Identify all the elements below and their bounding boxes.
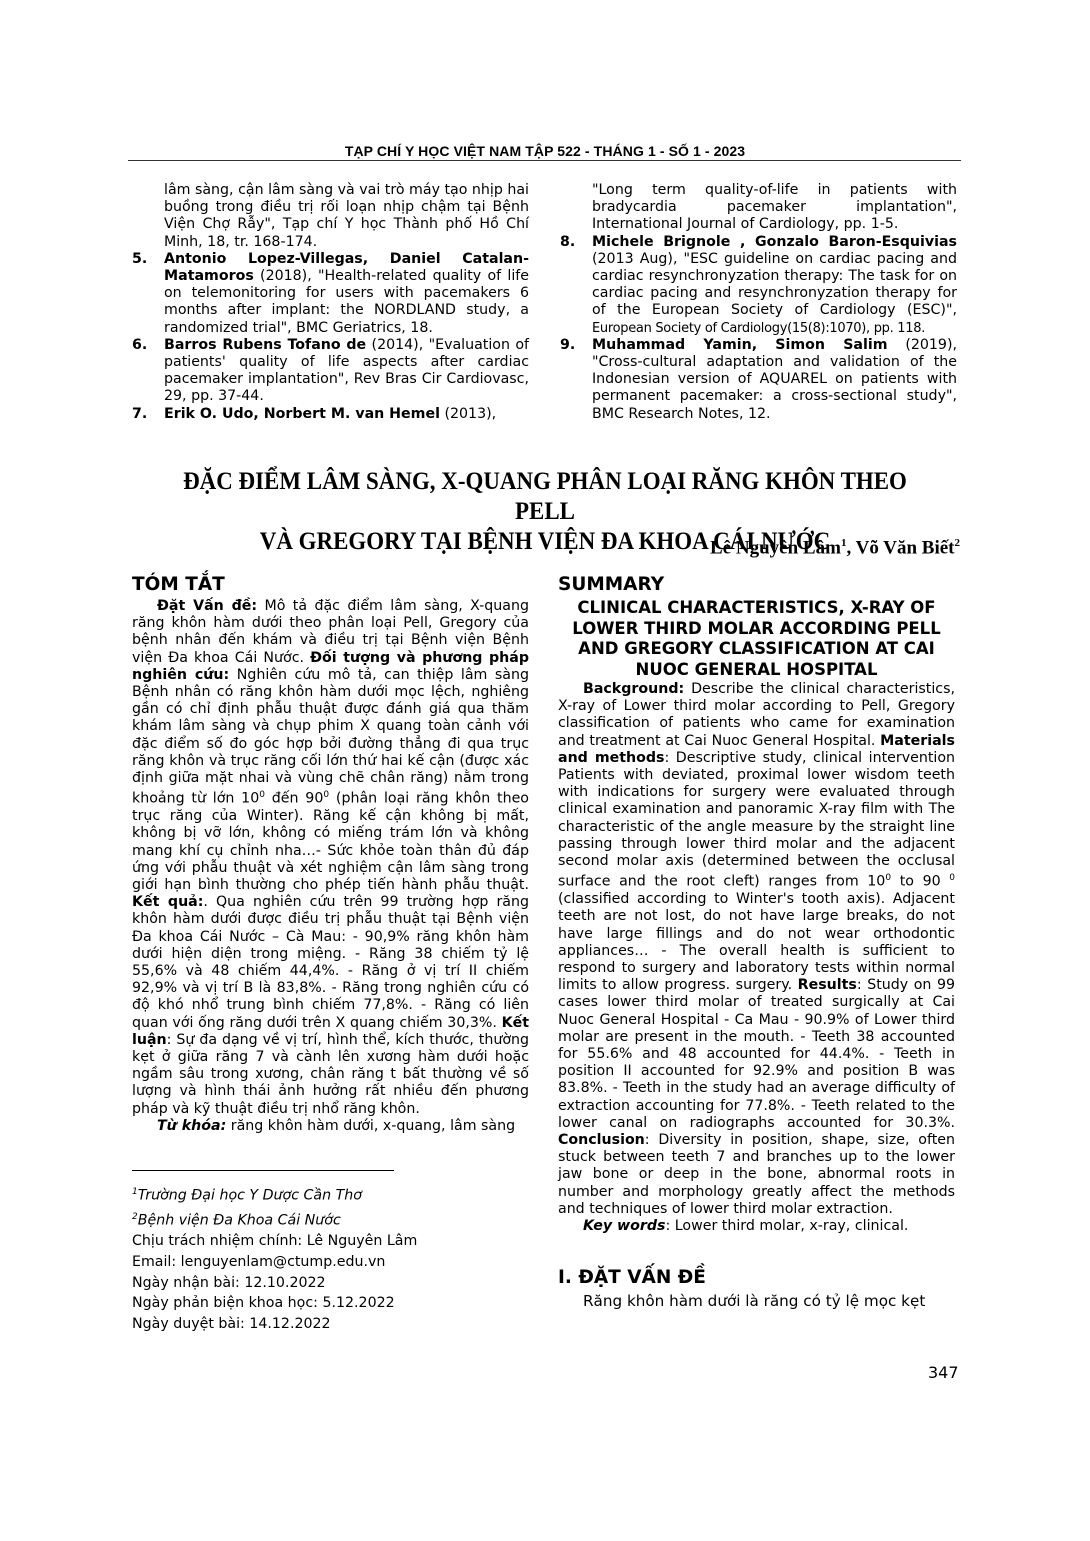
abstract-en: CLINICAL CHARACTERISTICS, X-RAY OF LOWER… (558, 598, 955, 1235)
label-background: Đặt Vấn đề: (157, 598, 257, 614)
references-left-column: lâm sàng, cận lâm sàng và vai trò máy tạ… (132, 182, 529, 423)
text-results: . Qua nghiên cứu trên 99 trường hợp răng… (132, 894, 529, 1030)
reference-text: lâm sàng, cận lâm sàng và vai trò máy tạ… (164, 182, 529, 250)
reference-authors: Michele Brignole , Gonzalo Baron-Esquivi… (592, 234, 957, 250)
reference-item: 6. Barros Rubens Tofano de (2014), "Eval… (132, 337, 529, 406)
keywords-label: Từ khóa: (157, 1118, 226, 1134)
date-accepted: Ngày duyệt bài: 14.12.2022 (132, 1314, 417, 1335)
abstract-en-body: Background: Describe the clinical charac… (558, 681, 955, 1218)
introduction-text: Răng khôn hàm dưới là răng có tỷ lệ mọc … (558, 1292, 957, 1310)
keywords-text: : Lower third molar, x-ray, clinical. (665, 1218, 908, 1234)
reference-authors: Muhammad Yamin, Simon Salim (592, 337, 888, 353)
reference-item: 7. Erik O. Udo, Norbert M. van Hemel (20… (132, 406, 529, 423)
references-right-column: "Long term quality-of-life in patients w… (560, 182, 957, 423)
affiliation-1: 1Trường Đại học Y Dược Cần Thơ (132, 1182, 417, 1207)
date-reviewed: Ngày phản biện khoa học: 5.12.2022 (132, 1293, 417, 1314)
affiliation-text: Bệnh viện Đa Khoa Cái Nước (138, 1212, 341, 1228)
reference-text: (2013), (440, 406, 496, 422)
author-affiliation-mark: 2 (955, 537, 961, 549)
footnote-divider (132, 1170, 394, 1171)
author-name: Lê Nguyên Lâm (710, 537, 841, 558)
journal-header: TẠP CHÍ Y HỌC VIỆT NAM TẬP 522 - THÁNG 1… (130, 143, 960, 159)
text-methods: : Descriptive study, clinical interventi… (558, 750, 955, 890)
reference-authors: Erik O. Udo, Norbert M. van Hemel (164, 406, 440, 422)
label-conclusion: Conclusion (558, 1132, 645, 1148)
keywords-vi: Từ khóa: răng khôn hàm dưới, x-quang, lâ… (132, 1118, 529, 1135)
email: Email: lenguyenlam@ctump.edu.vn (132, 1252, 417, 1273)
article-title-line-1: ĐẶC ĐIỂM LÂM SÀNG, X-QUANG PHÂN LOẠI RĂN… (172, 466, 919, 526)
reference-number: 8. (560, 234, 575, 251)
author-name: Võ Văn Biết (856, 537, 955, 558)
text-results: : Study on 99 cases lower third molar of… (558, 977, 955, 1131)
introduction-heading: I. ĐẶT VẤN ĐỀ (558, 1267, 706, 1288)
reference-number: 6. (132, 337, 147, 354)
text-methods: đến 90 (265, 791, 323, 807)
reference-authors: Barros Rubens Tofano de (164, 337, 366, 353)
text-methods: Nghiên cứu mô tả, can thiệp lâm sàng Bện… (132, 667, 529, 807)
text-methods: to 90 (891, 874, 949, 890)
label-results: Kết quả: (132, 894, 203, 910)
summary-heading: SUMMARY (558, 574, 664, 595)
header-divider (128, 160, 961, 161)
label-results: Results (798, 977, 857, 993)
abstract-vi-heading: TÓM TẮT (132, 574, 225, 595)
abstract-vi-body: Đặt Vấn đề: Mô tả đặc điểm lâm sàng, X-q… (132, 598, 529, 1118)
reference-item: 5. Antonio Lopez-Villegas, Daniel Catala… (132, 251, 529, 337)
reference-number: 7. (132, 406, 147, 423)
reference-text: (2013 Aug), "ESC guideline on cardiac pa… (592, 251, 957, 319)
reference-item: lâm sàng, cận lâm sàng và vai trò máy tạ… (132, 182, 529, 251)
footnotes: 1Trường Đại học Y Dược Cần Thơ 2Bệnh việ… (132, 1182, 417, 1335)
author-separator: , (846, 537, 855, 558)
reference-item: "Long term quality-of-life in patients w… (560, 182, 957, 234)
reference-number: 5. (132, 251, 147, 268)
degree-mark: 0 (949, 873, 955, 883)
page-number: 347 (928, 1363, 959, 1382)
corresponding-author: Chịu trách nhiệm chính: Lê Nguyên Lâm (132, 1231, 417, 1252)
author-list: Lê Nguyên Lâm1, Võ Văn Biết2 (710, 537, 960, 559)
keywords-text: răng khôn hàm dưới, x-quang, lâm sàng (226, 1118, 515, 1134)
reference-item: 8. Michele Brignole , Gonzalo Baron-Esqu… (560, 234, 957, 337)
affiliation-2: 2Bệnh viện Đa Khoa Cái Nước (132, 1207, 417, 1232)
date-received: Ngày nhận bài: 12.10.2022 (132, 1273, 417, 1294)
reference-text-condensed: European Society of Cardiology(15(8):107… (592, 321, 925, 336)
english-title: CLINICAL CHARACTERISTICS, X-RAY OF LOWER… (558, 598, 955, 680)
affiliation-text: Trường Đại học Y Dược Cần Thơ (138, 1188, 362, 1204)
keywords-label: Key words (583, 1218, 665, 1234)
text-conclusion: : Sự đa dạng về vị trí, hình thể, kích t… (132, 1032, 529, 1117)
abstract-vi: Đặt Vấn đề: Mô tả đặc điểm lâm sàng, X-q… (132, 598, 529, 1135)
reference-text: "Long term quality-of-life in patients w… (592, 182, 957, 232)
label-background: Background: (583, 681, 684, 697)
reference-item: 9. Muhammad Yamin, Simon Salim (2019), "… (560, 337, 957, 423)
keywords-en: Key words: Lower third molar, x-ray, cli… (558, 1218, 955, 1235)
reference-number: 9. (560, 337, 575, 354)
